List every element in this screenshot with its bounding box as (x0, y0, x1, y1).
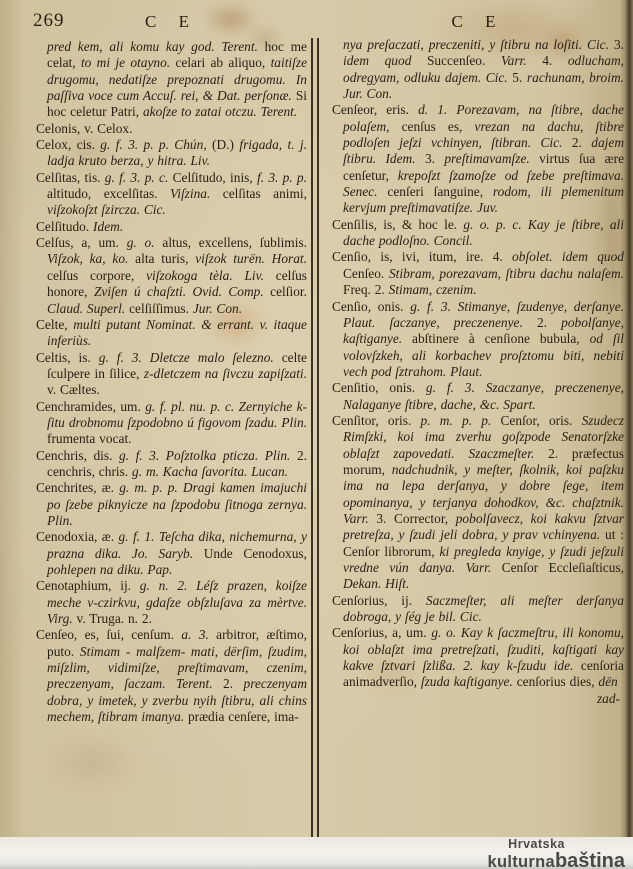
entry-text: Claud. Superl. (47, 301, 129, 316)
entry-text: 2. (223, 676, 244, 691)
dictionary-entry: Cenſorius, a, um. g. o. Kay k ſaczmeſtru… (332, 625, 624, 690)
entry-text: cenſus es, (402, 119, 475, 134)
entry-text: v. Cæltes. (47, 382, 100, 397)
entry-text: Viſzok, ka, ko. (47, 251, 135, 266)
entry-text: g. m. Kacha ſavorita. Lucan. (132, 464, 288, 479)
entry-text: 4. (542, 53, 568, 68)
entry-text: Celſitudo, inis, (173, 170, 257, 185)
dictionary-entry: Cenſorius, ij. Saczmeſter, ali meſter de… (332, 593, 624, 626)
entry-text: p. m. p. p. (421, 413, 501, 428)
catchword: zad- (332, 691, 624, 707)
watermark-kulturna: kulturna (487, 853, 555, 869)
entry-text: Cenotaphium, ij. (36, 578, 140, 593)
entry-text: v. Truga. n. 2. (77, 611, 152, 626)
watermark-bastina: baština (555, 850, 625, 869)
entry-text: prædia cenſere, ima- (188, 709, 299, 724)
entry-text: Cenſorius, ij. (332, 593, 426, 608)
dictionary-entry: Cenſeor, eris. d. 1. Porezavam, na ſtibr… (332, 102, 624, 216)
entry-text: Stimam, czenim. (389, 282, 477, 297)
entry-text: cenſeri ſanguine, (387, 184, 493, 199)
entry-text: viſzokoga tèla. Liv. (146, 268, 276, 283)
entry-text: pred kem, ali komu kay god. Terent. (47, 39, 265, 54)
entry-text: Celſitudo. (36, 219, 93, 234)
entry-text: g. f. 3. p. p. Chún, (100, 137, 212, 152)
watermark-line2: kulturnabaština (487, 851, 625, 869)
entry-text: cenſorius dies, (517, 674, 599, 689)
entry-text: dën (598, 674, 617, 689)
dictionary-entry: Celſus, a, um. g. o. altus, excellens, ſ… (36, 235, 307, 317)
entry-text: Jur. Con. (193, 301, 242, 316)
dictionary-entry: Celtis, is. g. f. 3. Dletcze malo ſelezn… (36, 350, 307, 399)
entry-text: celſitas animi, (223, 186, 307, 201)
entry-text: 2. (572, 135, 591, 150)
entry-text: multi putant Nominat. & errant. v. itaqu… (47, 317, 307, 348)
book-page: 269 C E C E pred kem, ali komu kay god. … (0, 0, 633, 869)
entry-text: frumenta vocat. (47, 431, 132, 446)
dictionary-entry: Cenchris, dis. g. f. 3. Poſztolka pticza… (36, 448, 307, 481)
running-header-left: C E (36, 12, 307, 32)
left-column: pred kem, ali komu kay god. Terent. hoc … (36, 39, 307, 725)
entry-text: Succenſeo. (427, 53, 501, 68)
dictionary-entry: Cenſitor, oris. p. m. p. p. Cenſor, oris… (332, 413, 624, 593)
entry-text: Dekan. Hiſt. (343, 576, 409, 591)
watermark-line1: Hrvatska (487, 838, 565, 851)
entry-text: Celonis, v. Celox. (36, 121, 132, 136)
entry-text: Cenſeor, eris. (332, 102, 418, 117)
entry-text: pohlepen na diku. Pap. (47, 562, 172, 577)
entry-text: Freq. 2. (343, 282, 389, 297)
entry-text: Stibram, porezavam, ſtibru dachu nalaſem… (389, 266, 624, 281)
entry-text: altus, excellens, ſublimis. (162, 235, 307, 250)
paper-stain (44, 732, 139, 794)
entry-text: Viſzina. (170, 186, 223, 201)
entry-text: Cenodoxia, æ. (36, 529, 118, 544)
entry-text: Cenſitio, onis. (332, 380, 426, 395)
entry-text: 3. (425, 151, 444, 166)
dictionary-entry: Cenchrites, æ. g. m. p. p. Dragi kamen i… (36, 480, 307, 529)
entry-text: 2. (537, 315, 561, 330)
dictionary-entry: Cenſio, onis. g. f. 3. Stimanye, ſzudeny… (332, 299, 624, 381)
entry-text: Cenchramides, um. (36, 399, 145, 414)
entry-text: 3. (614, 37, 624, 52)
entry-text: viſzokoſzt ſzircza. Cic. (47, 202, 166, 217)
entry-text: Cenſor Eccleſiaſticus, (502, 560, 624, 575)
entry-text: akoſze to zatai otczu. Terent. (143, 104, 297, 119)
entry-text: Cenſio, onis. (332, 299, 410, 314)
right-column: nya preſaczati, preczeniti, y ſtibru na … (332, 37, 624, 707)
entry-text: g. f. 3. p. c. (105, 170, 173, 185)
entry-text: preſtimavamſze. (444, 151, 539, 166)
entry-text: Zviſen ú chaſzti. Ovid. Comp. (94, 284, 270, 299)
entry-text: celſus corpore, (47, 268, 146, 283)
entry-text: Celtis, is. (36, 350, 99, 365)
dictionary-entry: pred kem, ali komu kay god. Terent. hoc … (36, 39, 307, 121)
entry-text: ſzuda kaſtiganye. (421, 674, 517, 689)
entry-text: a. 3. (181, 627, 216, 642)
entry-text: Celox, cis. (36, 137, 100, 152)
entry-text: zad- (597, 691, 620, 706)
entry-text: Cenſilis, is, & hoc le. (332, 217, 463, 232)
entry-text: Cenchrites, æ. (36, 480, 119, 495)
entry-text: idem quod (343, 53, 427, 68)
running-header-right: C E (332, 12, 624, 32)
entry-text: abſtinere à cenſione bubula, (412, 331, 590, 346)
entry-text: celſior. (270, 284, 307, 299)
dictionary-entry: Celte, multi putant Nominat. & errant. v… (36, 317, 307, 350)
entry-text: obſolet. idem quod (512, 249, 624, 264)
entry-text: Cenſitor, oris. (332, 413, 421, 428)
entry-text: Cenſeo. (343, 266, 389, 281)
entry-text: 5. (512, 70, 527, 85)
dictionary-entry: Cenotaphium, ij. g. n. 2. Léſz prazen, k… (36, 578, 307, 627)
heritage-watermark: Hrvatska kulturnabaština (487, 838, 625, 869)
entry-text: Varr. (501, 53, 542, 68)
entry-text: Celſus, a, um. (36, 235, 127, 250)
dictionary-entry: Cenchramides, um. g. f. pl. nu. p. c. Ze… (36, 399, 307, 448)
column-divider-rule (311, 38, 319, 840)
entry-text: Unde Cenodoxus, (204, 546, 307, 561)
entry-text: Cenſor, oris. (501, 413, 582, 428)
entry-text: altitudo, excelſitas. (47, 186, 170, 201)
entry-text: z-dletczem na ſivczu zapiſzati. (144, 366, 307, 381)
entry-text: f. 3. p. p. (257, 170, 307, 185)
dictionary-entry: Celonis, v. Celox. (36, 121, 307, 137)
entry-text: g. f. 3. Poſztolka pticza. Plin. (119, 448, 297, 463)
dictionary-entry: Celox, cis. g. f. 3. p. p. Chún, (D.) fr… (36, 137, 307, 170)
dictionary-entry: nya preſaczati, preczeniti, y ſtibru na … (332, 37, 624, 102)
entry-text: g. o. (127, 235, 163, 250)
dictionary-entry: Cenſitio, onis. g. f. 3. Szaczanye, prec… (332, 380, 624, 413)
dictionary-entry: Celſitudo. Idem. (36, 219, 307, 235)
entry-text: celari ab aliquo, (175, 55, 270, 70)
entry-text: celſiſſimus. (129, 301, 193, 316)
dictionary-entry: Celſitas, tis. g. f. 3. p. c. Celſitudo,… (36, 170, 307, 219)
dictionary-entry: Cenſio, is, ivi, itum, ire. 4. obſolet. … (332, 249, 624, 298)
entry-text: Celſitas, tis. (36, 170, 105, 185)
entry-text: g. f. 3. Dletcze malo ſelezno. (99, 350, 282, 365)
entry-text: 3. Corrector, (376, 511, 455, 526)
watermark-band: Hrvatska kulturnabaština (0, 837, 633, 869)
entry-text: Cenſio, is, ivi, itum, ire. 4. (332, 249, 512, 264)
dictionary-entry: Cenſeo, es, ſui, cenſum. a. 3. arbitror,… (36, 627, 307, 725)
entry-text: (D.) (212, 137, 239, 152)
entry-text: Idem. (93, 219, 123, 234)
entry-text: nya preſaczati, preczeniti, y ſtibru na … (343, 37, 614, 52)
entry-text: to mi je otayno. (81, 55, 176, 70)
entry-text: Cenſeo, es, ſui, cenſum. (36, 627, 181, 642)
entry-text: viſzok turën. Horat. (195, 251, 307, 266)
dictionary-entry: Cenodoxia, æ. g. f. 1. Teſcha dika, nich… (36, 529, 307, 578)
entry-text: Cenchris, dis. (36, 448, 119, 463)
entry-text: alta turis, (135, 251, 195, 266)
entry-text: Cenſorius, a, um. (332, 625, 431, 640)
dictionary-entry: Cenſilis, is, & hoc le. g. o. p. c. Kay … (332, 217, 624, 250)
entry-text: Celte, (36, 317, 73, 332)
